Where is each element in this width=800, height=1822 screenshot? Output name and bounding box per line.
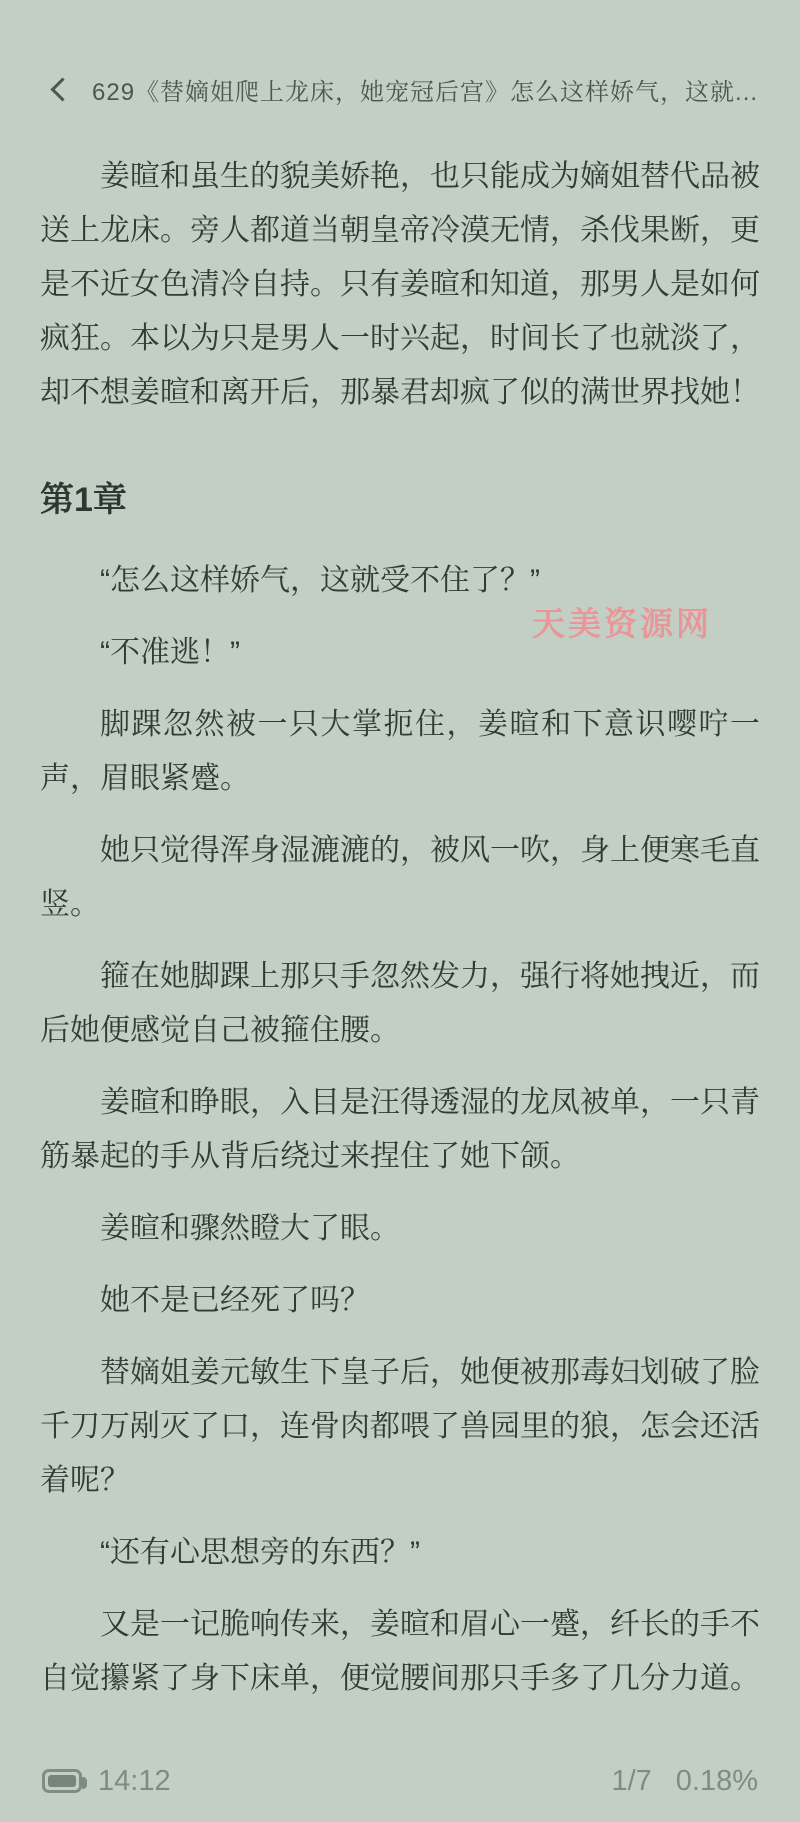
chevron-left-icon (50, 77, 74, 101)
paragraph: 替嫡姐姜元敏生下皇子后，她便被那毒妇划破了脸千刀万剐灭了口，连骨肉都喂了兽园里的… (40, 1346, 760, 1508)
paragraph: 她只觉得浑身湿漉漉的，被风一吹，身上便寒毛直竖。 (40, 824, 760, 932)
chapter-header: 629《替嫡姐爬上龙床，她宠冠后宫》怎么这样娇气，这就... (44, 72, 764, 107)
reader-screen: 629《替嫡姐爬上龙床，她宠冠后宫》怎么这样娇气，这就... 姜暄和虽生的貌美娇… (0, 0, 800, 1822)
reading-area[interactable]: 姜暄和虽生的貌美娇艳，也只能成为嫡姐替代品被送上龙床。旁人都道当朝皇帝冷漠无情，… (40, 150, 760, 1724)
status-bar: 14:12 1/7 0.18% (0, 1740, 800, 1822)
clock-time: 14:12 (98, 1765, 171, 1798)
paragraph: 又是一记脆响传来，姜暄和眉心一蹙，纤长的手不自觉攥紧了身下床单，便觉腰间那只手多… (40, 1598, 760, 1706)
paragraph: 她不是已经死了吗？ (40, 1274, 760, 1328)
status-left: 14:12 (42, 1765, 171, 1798)
battery-nub (82, 1777, 87, 1789)
paragraph: 姜暄和骤然瞪大了眼。 (40, 1202, 760, 1256)
paragraph: “不准逃！” (40, 626, 760, 680)
reading-progress: 0.18% (676, 1765, 758, 1798)
intro-paragraph: 姜暄和虽生的貌美娇艳，也只能成为嫡姐替代品被送上龙床。旁人都道当朝皇帝冷漠无情，… (40, 150, 760, 420)
status-right: 1/7 0.18% (611, 1765, 758, 1798)
battery-icon (42, 1769, 82, 1793)
paragraph: “怎么这样娇气，这就受不住了？” (40, 554, 760, 608)
chapter-title: 第1章 (40, 478, 760, 522)
paragraph: 脚踝忽然被一只大掌扼住，姜暄和下意识嘤咛一声，眉眼紧蹙。 (40, 698, 760, 806)
chapter-bar-title: 629《替嫡姐爬上龙床，她宠冠后宫》怎么这样娇气，这就... (92, 72, 758, 107)
page-indicator: 1/7 (611, 1765, 651, 1798)
paragraph: “还有心思想旁的东西？” (40, 1526, 760, 1580)
paragraph: 箍在她脚踝上那只手忽然发力，强行将她拽近，而后她便感觉自己被箍住腰。 (40, 950, 760, 1058)
paragraph: 姜暄和睁眼，入目是汪得透湿的龙凤被单，一只青筋暴起的手从背后绕过来捏住了她下颌。 (40, 1076, 760, 1184)
battery-level (48, 1775, 76, 1787)
back-button[interactable] (44, 75, 74, 105)
